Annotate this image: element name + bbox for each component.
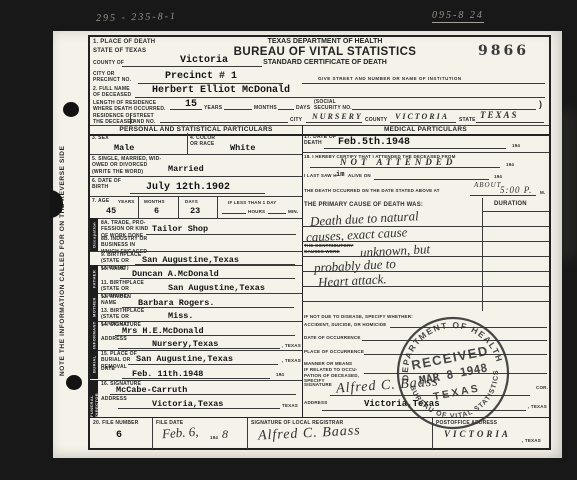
institution-caption: GIVE STREET AND NUMBER OR NAME OF INSTIT… xyxy=(318,76,462,82)
place-of-death-label: 1. PLACE OF DEATH xyxy=(93,39,155,47)
full-name-rule xyxy=(135,97,545,98)
fd-addr-label: ADDRESS xyxy=(101,396,127,402)
job-rule xyxy=(146,234,296,235)
dob-rule xyxy=(130,193,265,194)
fd-sig-rule xyxy=(110,394,296,395)
fd-addr-rule xyxy=(118,408,280,409)
min-rule xyxy=(268,213,286,214)
res-state-rule xyxy=(476,122,544,123)
mother-name-rule xyxy=(122,307,294,308)
sex-race-divider xyxy=(187,133,188,154)
county-of-label: COUNTY OF xyxy=(93,60,124,66)
age-months-label: MONTHS xyxy=(144,199,165,205)
age-divider2 xyxy=(178,196,179,218)
md-texas-suffix: , TEXAS xyxy=(528,404,547,410)
cor-label: COR. xyxy=(536,385,548,391)
res-city-label: CITY xyxy=(290,117,302,123)
hours-rule xyxy=(222,213,246,214)
dob-value: July 12th.1902 xyxy=(146,182,230,193)
place-occ-label: PLACE OF OCCURRENCE xyxy=(304,349,364,355)
months-label: MONTHS xyxy=(254,105,277,111)
res-state-label: STATE xyxy=(459,117,476,123)
file-divider1 xyxy=(152,418,153,449)
fd-texas-suffix: TEXAS xyxy=(282,403,298,409)
job-value: Tailor Shop xyxy=(152,224,208,234)
informant-tab: INFORMANT xyxy=(90,321,98,350)
row-rule xyxy=(90,154,302,155)
certify-rule xyxy=(310,167,500,168)
date-occ-label: DATE OF OCCURRENCE xyxy=(304,335,361,341)
precinct-rule xyxy=(138,83,283,84)
res-state-value: TEXAS xyxy=(480,110,519,120)
informant-addr-label: ADDRESS xyxy=(101,336,127,342)
race-label: 4. COLOR OR RACE xyxy=(190,135,215,148)
sex-value: Male xyxy=(114,143,134,153)
mother-tab: MOTHER xyxy=(90,293,98,321)
informant-addr-rule xyxy=(118,348,280,349)
ssn-label: (SOCIAL SECURITY NO. xyxy=(314,99,352,112)
row-rule xyxy=(90,176,302,177)
personal-column: 3. SEX Male 4. COLOR OR RACE White 5. SI… xyxy=(90,133,302,417)
duration-label: DURATION xyxy=(494,201,527,209)
father-bp-value: San Augustine,Texas xyxy=(168,283,265,293)
street-rule xyxy=(160,122,288,123)
file-date-year: 194 xyxy=(210,435,218,441)
age-days-label: DAYS xyxy=(185,199,198,205)
reverse-side-note: NOTE THE INFORMATION CALLED FOR ON THE R… xyxy=(59,111,66,411)
res-city-rule xyxy=(306,122,362,123)
marital-value: Married xyxy=(168,164,204,174)
length-rule3 xyxy=(278,109,294,110)
marital-label: 5. SINGLE, MARRIED, WID- OWED OR DIVORCE… xyxy=(92,156,161,175)
certificate-number-stamp: 9866 xyxy=(478,43,529,59)
received-stamp-svg: DEPARTMENT OF HEALTH BUREAU OF VITAL STA… xyxy=(384,304,522,442)
stamp-state-text: TEXAS xyxy=(432,382,481,403)
dod-rule xyxy=(324,148,506,149)
city-precinct-label: CITY OR PRECINCT NO. xyxy=(93,71,131,84)
occupation-tab: Occupation xyxy=(90,218,98,251)
dept-header: TEXAS DEPARTMENT OF HEALTH xyxy=(220,38,430,45)
burial-tab: BURIAL xyxy=(90,350,98,379)
precinct-rule2 xyxy=(302,83,545,84)
mother-name-label: 12. MAIDEN NAME xyxy=(101,294,131,307)
age-years-value: 45 xyxy=(106,206,116,216)
registrar-signature: Alfred C. Baass xyxy=(258,423,361,444)
res-county-rule xyxy=(390,122,456,123)
occurred-rule xyxy=(470,195,536,196)
dob-label: 6. DATE OF BIRTH xyxy=(92,178,121,191)
full-name-label: 2. FULL NAME OF DECEASED xyxy=(93,86,131,99)
cause-line-5: Heart attack. xyxy=(318,271,387,291)
county-rule xyxy=(122,66,262,67)
manner-label: MANNER OR MEANS xyxy=(304,361,352,367)
occurred-time: 5:00 P. xyxy=(500,185,532,195)
lastsaw-pre: I LAST SAW H xyxy=(304,173,337,179)
file-date-value: Feb. 6, xyxy=(161,424,198,443)
lastsaw-post: ALIVE ON xyxy=(348,173,371,179)
m-label: M. xyxy=(540,190,545,196)
length-rule2 xyxy=(224,109,252,110)
po-texas-suffix: , TEXAS xyxy=(522,438,541,444)
row-rule xyxy=(90,218,302,219)
age-days-value: 23 xyxy=(190,206,200,216)
min-label: MIN. xyxy=(288,209,298,215)
father-name-rule xyxy=(120,278,295,279)
mother-bp-value: Miss. xyxy=(168,311,194,321)
dod-year: 194 xyxy=(512,143,520,149)
punch-hole-top xyxy=(63,102,79,117)
age-label: 7. AGE xyxy=(92,198,109,204)
father-tab: FATHER xyxy=(90,265,98,293)
file-divider2 xyxy=(247,418,248,449)
dod-label: 17. DATE OF DEATH xyxy=(304,134,336,147)
years-label: YEARS xyxy=(204,105,222,111)
age-years-label: YEARS xyxy=(118,199,135,205)
received-stamp: DEPARTMENT OF HEALTH BUREAU OF VITAL STA… xyxy=(384,304,522,442)
race-value: White xyxy=(230,143,256,153)
file-no-value: 6 xyxy=(116,430,122,441)
file-date-digit: 8 xyxy=(222,427,228,442)
full-name-value: Herbert Elliot McDonald xyxy=(152,85,290,96)
residence-label: RESIDENCE OF THE DECEASED xyxy=(93,113,135,126)
less-than-day-label: IF LESS THAN 1 DAY xyxy=(228,200,276,206)
duration-divider xyxy=(482,198,483,311)
length-rule1 xyxy=(170,109,202,110)
res-city-value: NURSERY xyxy=(312,112,363,121)
scanned-death-certificate: { "colors": {"sheet":"#f5f2ea","ink":"#1… xyxy=(0,0,577,480)
residence-divider xyxy=(130,113,131,124)
director-tab: FUNERAL DIRECTOR xyxy=(90,380,98,417)
lastsaw-fill: im xyxy=(336,171,344,179)
street-no-label: STREET AND NO. xyxy=(133,113,156,126)
informant-rule xyxy=(115,335,295,336)
ssn-paren: ) xyxy=(539,99,542,110)
bureau-header: BUREAU OF VITAL STATISTICS xyxy=(208,46,442,58)
informant-texas-suffix: , TEXAS xyxy=(282,343,301,349)
burial-value: San Augustine,Texas xyxy=(136,354,233,364)
duration-rule xyxy=(482,211,549,212)
standard-cert-header: STANDARD CERTIFICATE OF DEATH xyxy=(220,59,430,66)
burial-texas-suffix: , TEXAS xyxy=(282,358,301,364)
occurred-about: ABOUT xyxy=(474,181,502,189)
lastsaw-rule xyxy=(374,179,489,180)
age-months-value: 6 xyxy=(154,206,159,216)
md-addr-label: ADDRESS xyxy=(304,400,327,406)
punch-hole-bottom xyxy=(66,375,82,390)
dod-value: Feb.5th.1948 xyxy=(338,137,410,148)
row-rule xyxy=(90,196,302,197)
file-no-label: 20. FILE NUMBER xyxy=(93,420,139,426)
pencil-note-right: 095-8 24 xyxy=(432,10,484,23)
certify-value: NOT ATTENDED xyxy=(340,157,456,167)
res-county-label: COUNTY xyxy=(365,117,387,123)
burial-rule xyxy=(128,364,278,365)
age-divider3 xyxy=(217,196,218,218)
certify-year: 194 xyxy=(506,162,514,168)
precinct-value: Precinct # 1 xyxy=(165,71,237,82)
state-of-texas-label: STATE OF TEXAS xyxy=(93,48,146,56)
occurred-label: THE DEATH OCCURRED ON THE DATE STATED AB… xyxy=(304,188,440,194)
age-divider xyxy=(138,196,139,218)
burial-date-rule xyxy=(122,378,270,379)
father-name-label: 10. NAME xyxy=(101,266,126,272)
pencil-note-left: 295 - 235-8-1 xyxy=(96,11,177,24)
cause-rule6 xyxy=(302,301,549,302)
accident-label: ACCIDENT, SUICIDE, OR HOMICIDE xyxy=(304,322,387,328)
row-rule xyxy=(302,152,549,153)
hours-label: HOURS xyxy=(248,209,265,215)
sex-label: 3. SEX xyxy=(92,135,109,141)
days-label: DAYS xyxy=(296,105,310,111)
lastsaw-year: 194 xyxy=(494,174,502,180)
md-sig-label: SIGNATURE xyxy=(304,382,332,388)
length-residence-label: LENGTH OF RESIDENCE WHERE DEATH OCCURRED… xyxy=(93,100,166,113)
ifnot-label: IF NOT DUE TO DISEASE, SPECIFY WHETHER: xyxy=(304,314,413,320)
burial-date-label: DATE xyxy=(101,366,115,372)
burial-year-suffix: 194 xyxy=(276,372,284,378)
res-county-value: VICTORIA xyxy=(395,112,449,121)
